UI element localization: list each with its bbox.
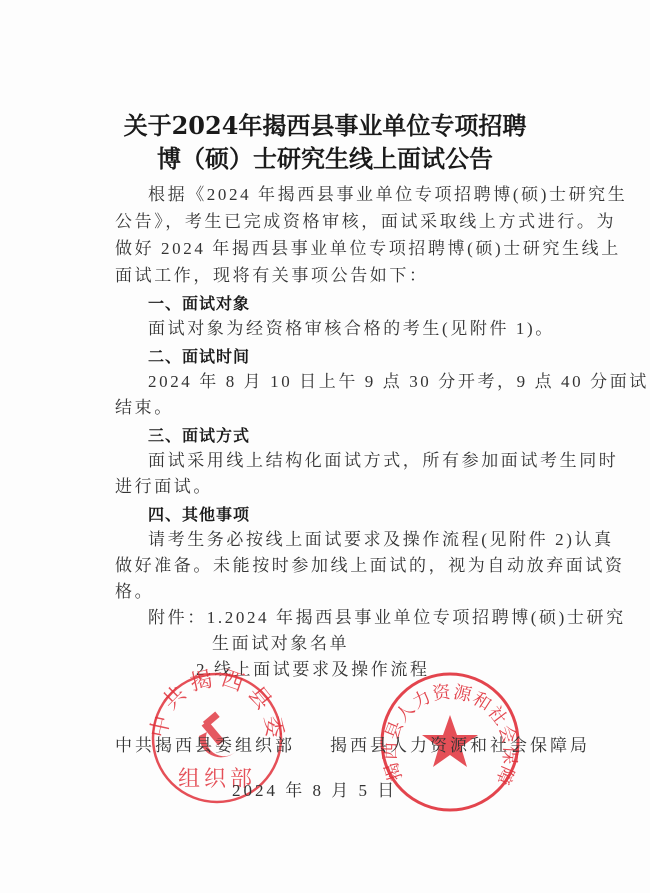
- section-1-line-1: 面试对象为经资格审核合格的考生(见附件 1)。: [148, 319, 555, 339]
- signature-left: 中共揭西县委组织部: [115, 731, 295, 756]
- attachment-line-2: 生面试对象名单: [212, 634, 349, 654]
- document-date: 2024 年 8 月 5 日: [232, 776, 397, 801]
- document-page: 关于2024年揭西县事业单位专项招聘 博（硕）士研究生线上面试公告 根据《202…: [0, 0, 650, 893]
- intro-line-4: 面试工作，现将有关事项公告如下：: [115, 266, 429, 286]
- attachment-line-3: 2.线上面试要求及操作流程: [196, 660, 430, 680]
- signature-right: 揭西县人力资源和社会保障局: [330, 731, 590, 756]
- section-heading-4: 四、其他事项: [148, 502, 250, 525]
- section-3-line-1: 面试采用线上结构化面试方式，所有参加面试考生同时: [148, 451, 618, 471]
- intro-line-1: 根据《2024 年揭西县事业单位专项招聘博(硕)士研究生: [148, 185, 627, 205]
- section-2-line-2: 结束。: [115, 398, 174, 418]
- intro-line-2: 公告》，考生已完成资格审核，面试采取线上方式进行。为: [115, 212, 616, 232]
- attachment-line-1: 附件：1.2024 年揭西县事业单位专项招聘博(硕)士研究: [148, 608, 626, 628]
- section-4-line-3: 格。: [115, 582, 154, 602]
- section-heading-1: 一、面试对象: [148, 291, 250, 314]
- document-title-line-1: 关于2024年揭西县事业单位专项招聘: [0, 110, 650, 142]
- document-title-line-2: 博（硕）士研究生线上面试公告: [0, 143, 650, 175]
- intro-line-3: 做好 2024 年揭西县事业单位专项招聘博(硕)士研究生线上: [115, 239, 621, 259]
- section-3-line-2: 进行面试。: [115, 477, 213, 497]
- section-4-line-1: 请考生务必按线上面试要求及操作流程(见附件 2)认真: [148, 530, 614, 550]
- section-2-line-1: 2024 年 8 月 10 日上午 9 点 30 分开考，9 点 40 分面试: [148, 372, 649, 392]
- section-4-line-2: 做好准备。未能按时参加线上面试的，视为自动放弃面试资: [115, 556, 625, 576]
- section-heading-2: 二、面试时间: [148, 344, 250, 367]
- svg-text:揭西县人力资源和社会保障局: 揭西县人力资源和社会保障局: [375, 667, 520, 789]
- section-heading-3: 三、面试方式: [148, 423, 250, 446]
